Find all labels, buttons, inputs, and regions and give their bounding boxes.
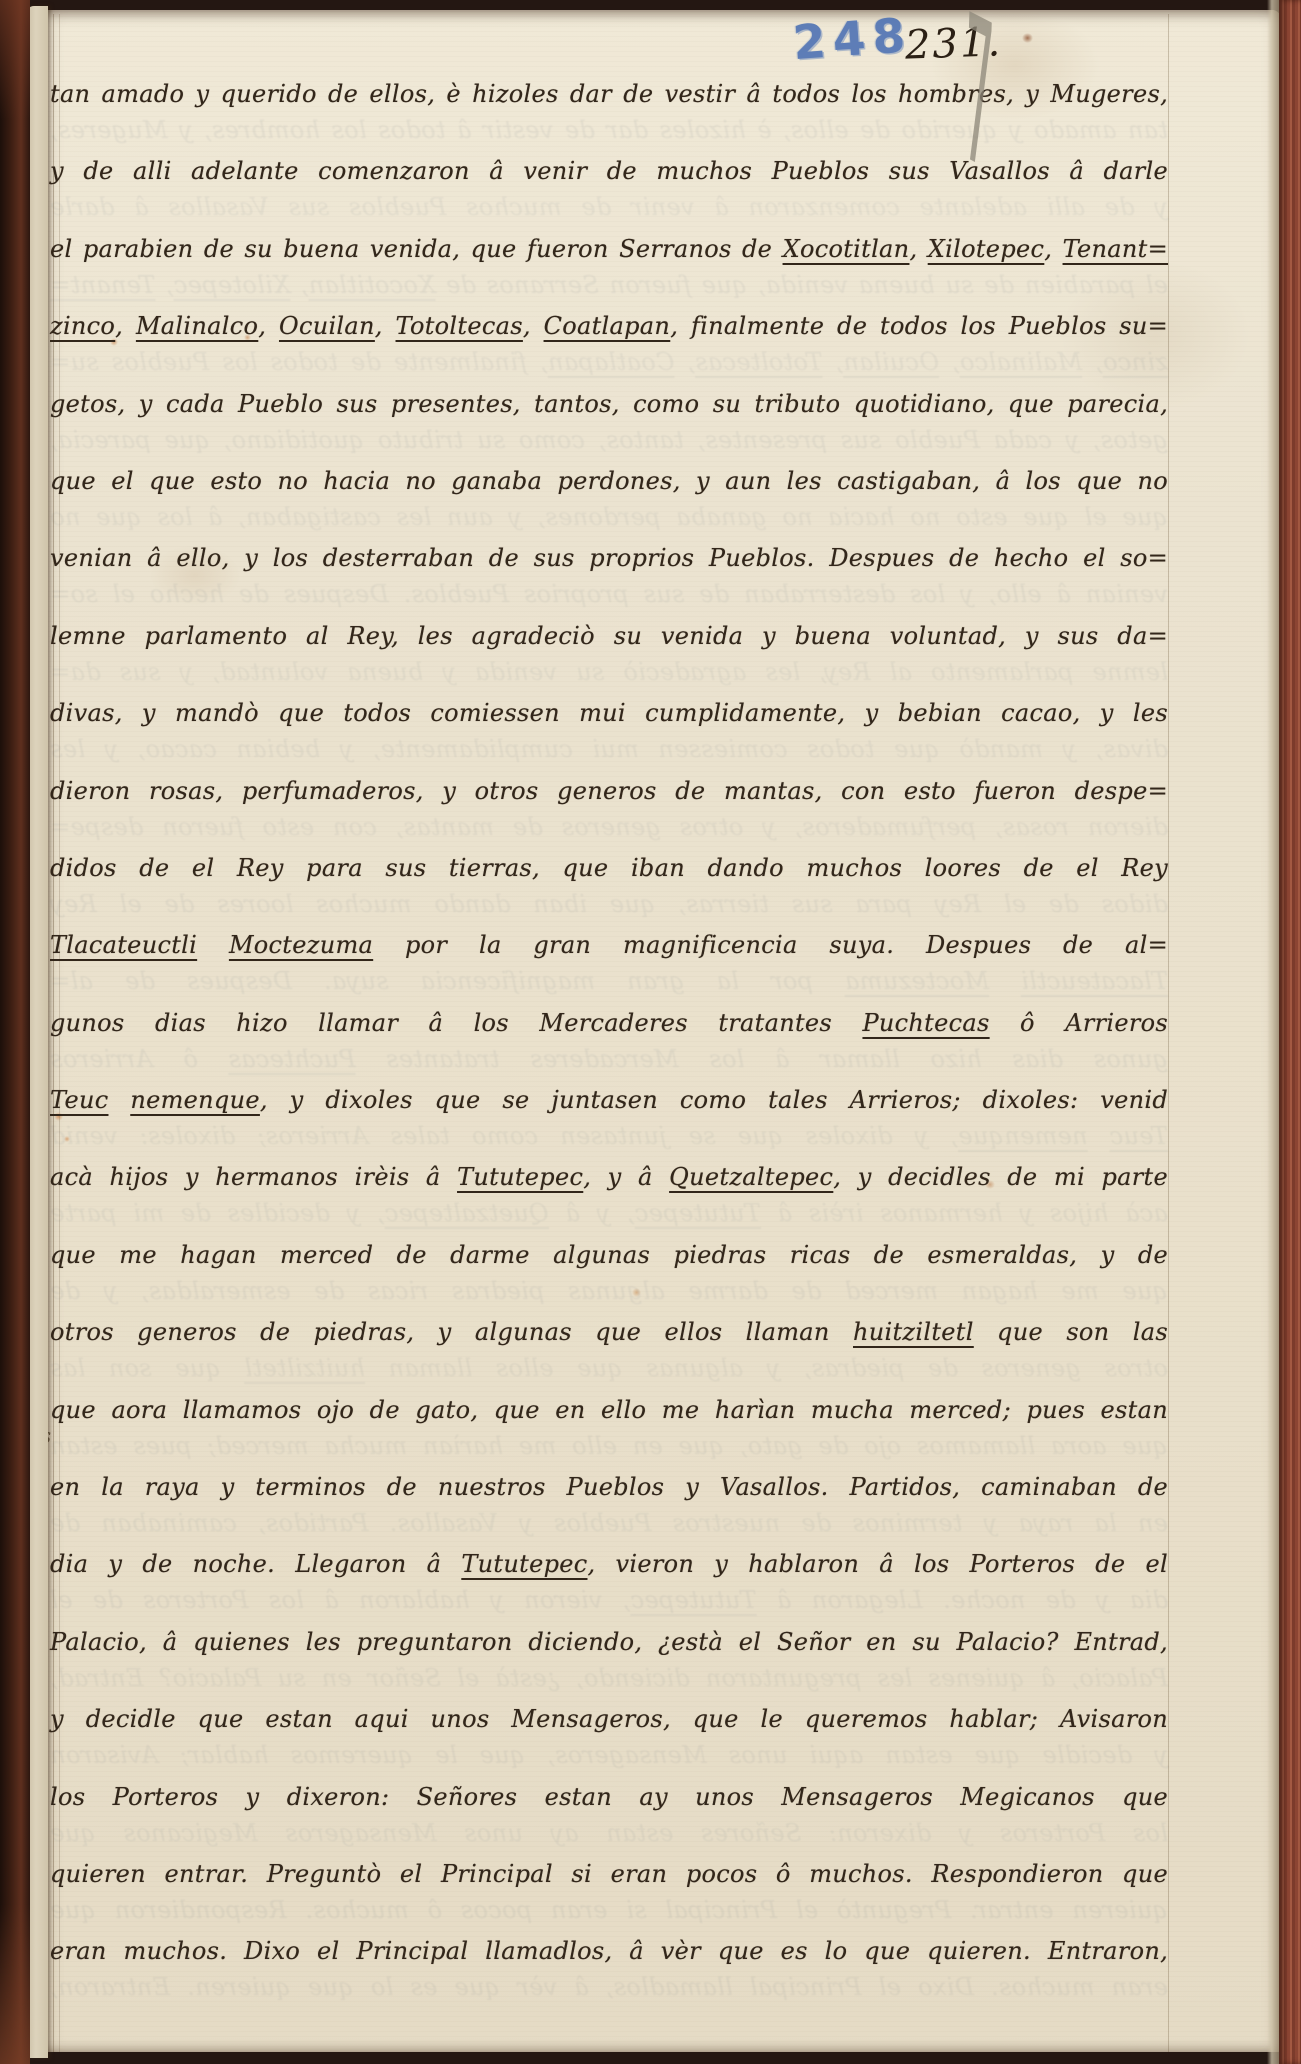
underlined-word: Puchtecas xyxy=(862,1009,989,1037)
underlined-word: Tlacateuctli xyxy=(50,931,197,959)
line-text: , y dixoles que se juntasen como tales A… xyxy=(260,1086,1168,1114)
line-text: venian â ello, y los desterraban de sus … xyxy=(50,544,1168,572)
binding-left xyxy=(0,0,30,2064)
line-text: acà hijos y hermanos irèis â xyxy=(50,1163,457,1191)
line-text: que aora llamamos ojo de gato, que en el… xyxy=(50,1396,1168,1424)
underlined-word: Malinalco xyxy=(136,312,258,340)
line-text: , xyxy=(1044,235,1062,263)
underlined-word: Tenant= xyxy=(1063,235,1168,263)
manuscript-line: zinco, Malinalco, Ocuilan, Totoltecas, C… xyxy=(50,294,1168,371)
manuscript-line: Teuc nemenque, y dixoles que se juntasen… xyxy=(50,1068,1168,1145)
manuscript-line: eran muchos. Dixo el Principal llamadlos… xyxy=(50,1919,1168,1996)
manuscript-line: y decidle que estan aqui unos Mensageros… xyxy=(50,1687,1168,1764)
underlined-word: Tututepec xyxy=(457,1163,583,1191)
right-margin-rule xyxy=(1168,14,1169,2052)
manuscript-line: otros generos de piedras, y algunas que … xyxy=(50,1300,1168,1377)
line-text: lemne parlamento al Rey, les agradeciò s… xyxy=(50,622,1168,650)
line-text: y decidle que estan aqui unos Mensageros… xyxy=(50,1705,1168,1733)
manuscript-line: y de alli adelante comenzaron â venir de… xyxy=(50,139,1168,216)
line-text: dieron rosas, perfumaderos, y otros gene… xyxy=(50,777,1168,805)
line-text: , xyxy=(375,312,396,340)
line-text: gunos dias hizo llamar â los Mercaderes … xyxy=(50,1009,862,1037)
manuscript-line: Palacio, â quienes les preguntaron dicie… xyxy=(50,1610,1168,1687)
manuscript-line: venian â ello, y los desterraban de sus … xyxy=(50,526,1168,603)
text-block: tan amado y querido de ellos, è hizoles … xyxy=(50,62,1168,1997)
line-text: , vieron y hablaron â los Porteros de el xyxy=(587,1550,1168,1578)
manuscript-line: quieren entrar. Preguntò el Principal si… xyxy=(50,1842,1168,1919)
page-edge-shadow xyxy=(1267,0,1279,2064)
underlined-word: Moctezuma xyxy=(229,931,373,959)
underlined-word: Ocuilan xyxy=(279,312,375,340)
line-text: , finalmente de todos los Pueblos su= xyxy=(670,312,1168,340)
line-text: , xyxy=(115,312,136,340)
line-text: ô Arrieros xyxy=(990,1009,1168,1037)
line-text: que son las xyxy=(974,1318,1168,1346)
line-text: divas, y mandò que todos comiessen mui c… xyxy=(50,699,1168,727)
line-text: el parabien de su buena venida, que fuer… xyxy=(50,235,783,263)
underlined-word: Quetzaltepec xyxy=(669,1163,833,1191)
line-text: , xyxy=(258,312,279,340)
line-text: quieren entrar. Preguntò el Principal si… xyxy=(50,1860,1168,1888)
folio-number-blue-pencil: 248 xyxy=(792,12,914,67)
manuscript-line: getos, y cada Pueblo sus presentes, tant… xyxy=(50,372,1168,449)
line-text: otros generos de piedras, y algunas que … xyxy=(50,1318,853,1346)
manuscript-line: dieron rosas, perfumaderos, y otros gene… xyxy=(50,759,1168,836)
manuscript-line: gunos dias hizo llamar â los Mercaderes … xyxy=(50,991,1168,1068)
line-text: dia y de noche. Llegaron â xyxy=(50,1550,461,1578)
line-text: didos de el Rey para sus tierras, que ib… xyxy=(50,854,1168,882)
corner-pencil-number: 7 xyxy=(960,0,996,204)
manuscript-line: didos de el Rey para sus tierras, que ib… xyxy=(50,836,1168,913)
manuscript-line: Tlacateuctli Moctezuma por la gran magni… xyxy=(50,913,1168,990)
manuscript-line: que el que esto no hacia no ganaba perdo… xyxy=(50,449,1168,526)
manuscript-line: divas, y mandò que todos comiessen mui c… xyxy=(50,681,1168,758)
manuscript-line: en la raya y terminos de nuestros Pueblo… xyxy=(50,1455,1168,1532)
underlined-word: Totoltecas xyxy=(396,312,523,340)
line-text: , y decidles de mi parte xyxy=(833,1163,1168,1191)
underlined-word: Tututepec xyxy=(461,1550,587,1578)
line-text: y de alli adelante comenzaron â venir de… xyxy=(50,157,1168,185)
underlined-word: Xocotitlan xyxy=(783,235,910,263)
line-text: los Porteros y dixeron: Señores estan ay… xyxy=(50,1783,1168,1811)
line-text: que me hagan merced de darme algunas pie… xyxy=(50,1241,1168,1269)
manuscript-line: el parabien de su buena venida, que fuer… xyxy=(50,217,1168,294)
manuscript-line: lemne parlamento al Rey, les agradeciò s… xyxy=(50,604,1168,681)
line-text: tan amado y querido de ellos, è hizoles … xyxy=(50,80,1168,108)
line-text: en la raya y terminos de nuestros Pueblo… xyxy=(50,1473,1168,1501)
line-text: , xyxy=(909,235,927,263)
underlined-word: zinco xyxy=(50,312,115,340)
line-text: por la gran magnificencia suya. Despues … xyxy=(373,931,1168,959)
binding-right xyxy=(1279,0,1301,2064)
line-text: , xyxy=(523,312,544,340)
underlined-word: nemenque xyxy=(130,1086,260,1114)
line-text: Palacio, â quienes les preguntaron dicie… xyxy=(50,1628,1168,1656)
line-text: que el que esto no hacia no ganaba perdo… xyxy=(50,467,1168,495)
line-text: eran muchos. Dixo el Principal llamadlos… xyxy=(50,1937,1168,1965)
manuscript-line: que aora llamamos ojo de gato, que en el… xyxy=(50,1378,1168,1455)
underlined-word: huitziltetl xyxy=(853,1318,974,1346)
underlined-word: Coatlapan xyxy=(544,312,671,340)
line-text xyxy=(108,1086,130,1114)
underlined-word: Xilotepec xyxy=(928,235,1044,263)
line-text xyxy=(197,931,229,959)
manuscript-line: que me hagan merced de darme algunas pie… xyxy=(50,1223,1168,1300)
manuscript-line: los Porteros y dixeron: Señores estan ay… xyxy=(50,1765,1168,1842)
line-text: getos, y cada Pueblo sus presentes, tant… xyxy=(50,390,1168,418)
manuscript-line: dia y de noche. Llegaron â Tututepec, vi… xyxy=(50,1532,1168,1609)
manuscript-line: acà hijos y hermanos irèis â Tututepec, … xyxy=(50,1145,1168,1222)
manuscript-line: tan amado y querido de ellos, è hizoles … xyxy=(50,62,1168,139)
underlined-word: Teuc xyxy=(50,1086,108,1114)
line-text: , y â xyxy=(583,1163,669,1191)
